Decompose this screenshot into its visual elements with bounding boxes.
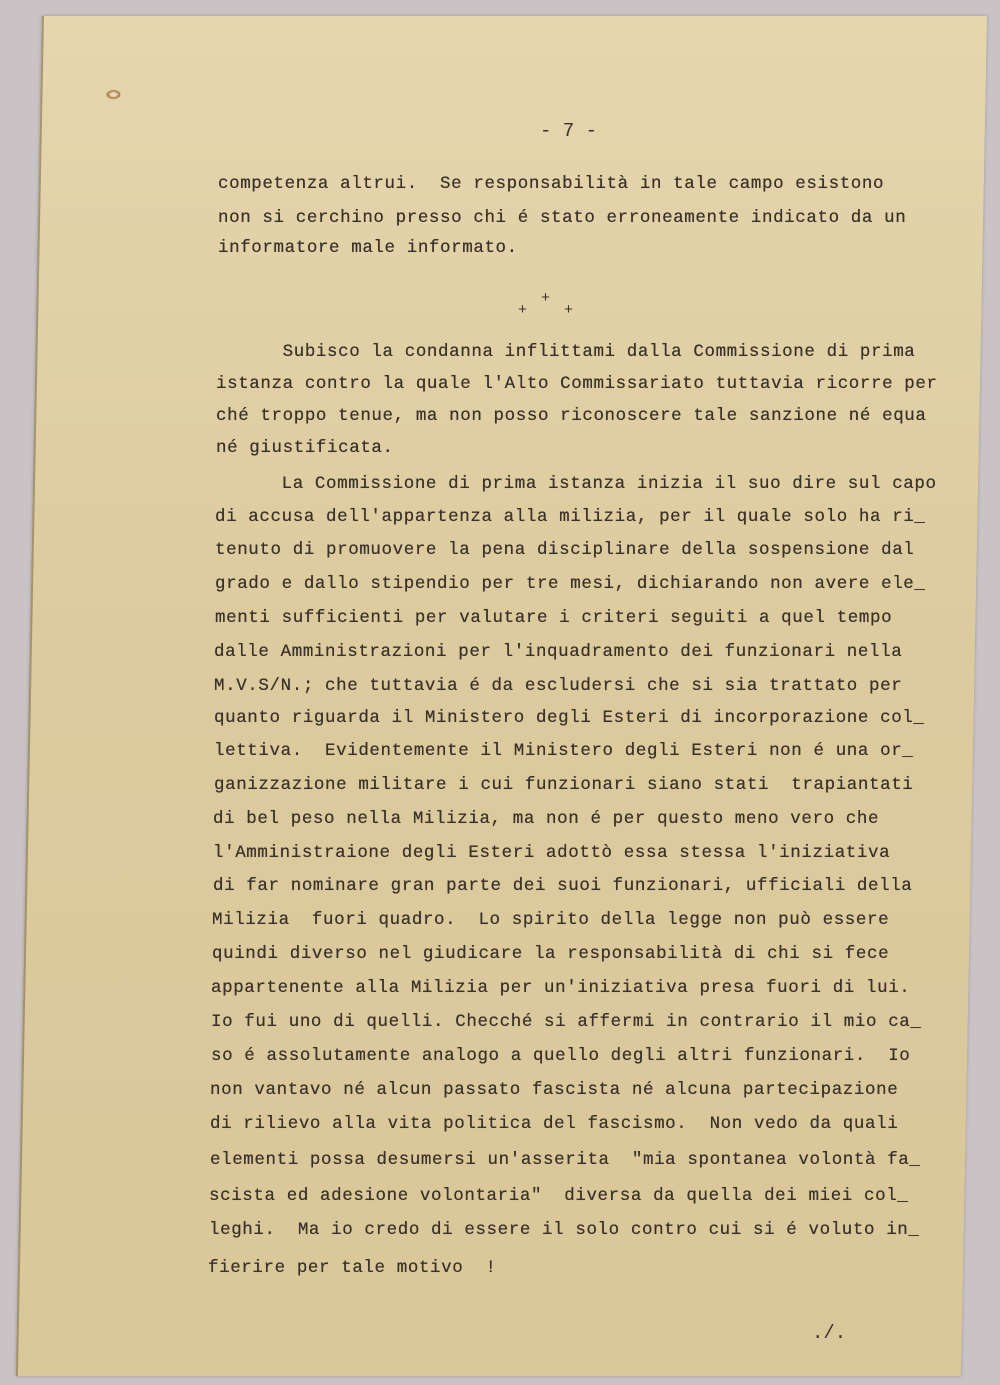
text-line: scista ed adesione volontaria" diversa d… <box>209 1186 908 1206</box>
text-line: competenza altrui. Se responsabilità in … <box>218 174 884 194</box>
rust-stain-mark <box>106 90 120 99</box>
text-line: M.V.S/N.; che tuttavia é da escludersi c… <box>214 676 902 696</box>
typewritten-body: competenza altrui. Se responsabilità in … <box>0 0 22 740</box>
text-line: grado e dallo stipendio per tre mesi, di… <box>215 574 926 594</box>
text-line: fierire per tale motivo ! <box>208 1258 497 1278</box>
separator-cross: + <box>518 302 527 319</box>
text-line: l'Amministraione degli Esteri adottò ess… <box>213 843 890 863</box>
separator-cross: + <box>564 302 573 319</box>
separator-cross: + <box>541 290 550 307</box>
text-line: tenuto di promuovere la pena disciplinar… <box>215 540 914 560</box>
text-line: Subisco la condanna inflittami dalla Com… <box>216 342 915 362</box>
text-line: di bel peso nella Milizia, ma non é per … <box>213 809 879 829</box>
text-line: leghi. Ma io credo di essere il solo con… <box>209 1220 920 1240</box>
continuation-mark: ./. <box>812 1322 846 1344</box>
text-line: ganizzazione militare i cui funzionari s… <box>214 775 913 795</box>
text-line: istanza contro la quale l'Alto Commissar… <box>216 374 938 394</box>
text-line: non si cerchino presso chi é stato erron… <box>218 208 906 228</box>
text-line: appartenente alla Milizia per un'iniziat… <box>211 978 910 998</box>
text-line: so é assolutamente analogo a quello degl… <box>211 1046 910 1066</box>
text-line: lettiva. Evidentemente il Ministero degl… <box>214 741 913 761</box>
text-line: elementi possa desumersi un'asserita "mi… <box>210 1150 921 1170</box>
text-line: di accusa dell'appartenza alla milizia, … <box>215 507 926 527</box>
text-line: Milizia fuori quadro. Lo spirito della l… <box>212 910 889 930</box>
section-separator: + + + <box>515 290 575 320</box>
text-line: non vantavo né alcun passato fascista né… <box>210 1080 898 1100</box>
text-line: di far nominare gran parte dei suoi funz… <box>213 876 912 896</box>
text-line: informatore male informato. <box>218 238 518 258</box>
text-line: Io fui uno di quelli. Checché si affermi… <box>211 1012 922 1032</box>
text-line: La Commissione di prima istanza inizia i… <box>215 474 937 494</box>
text-line: né giustificata. <box>216 438 394 458</box>
page-number: - 7 - <box>540 120 597 142</box>
text-line: ché troppo tenue, ma non posso riconosce… <box>216 406 927 426</box>
text-line: quindi diverso nel giudicare la responsa… <box>212 944 889 964</box>
text-line: di rilievo alla vita politica del fascis… <box>210 1114 898 1134</box>
text-line: menti sufficienti per valutare i criteri… <box>215 608 892 628</box>
text-line: dalle Amministrazioni per l'inquadrament… <box>214 642 902 662</box>
text-line: quanto riguarda il Ministero degli Ester… <box>214 708 925 728</box>
